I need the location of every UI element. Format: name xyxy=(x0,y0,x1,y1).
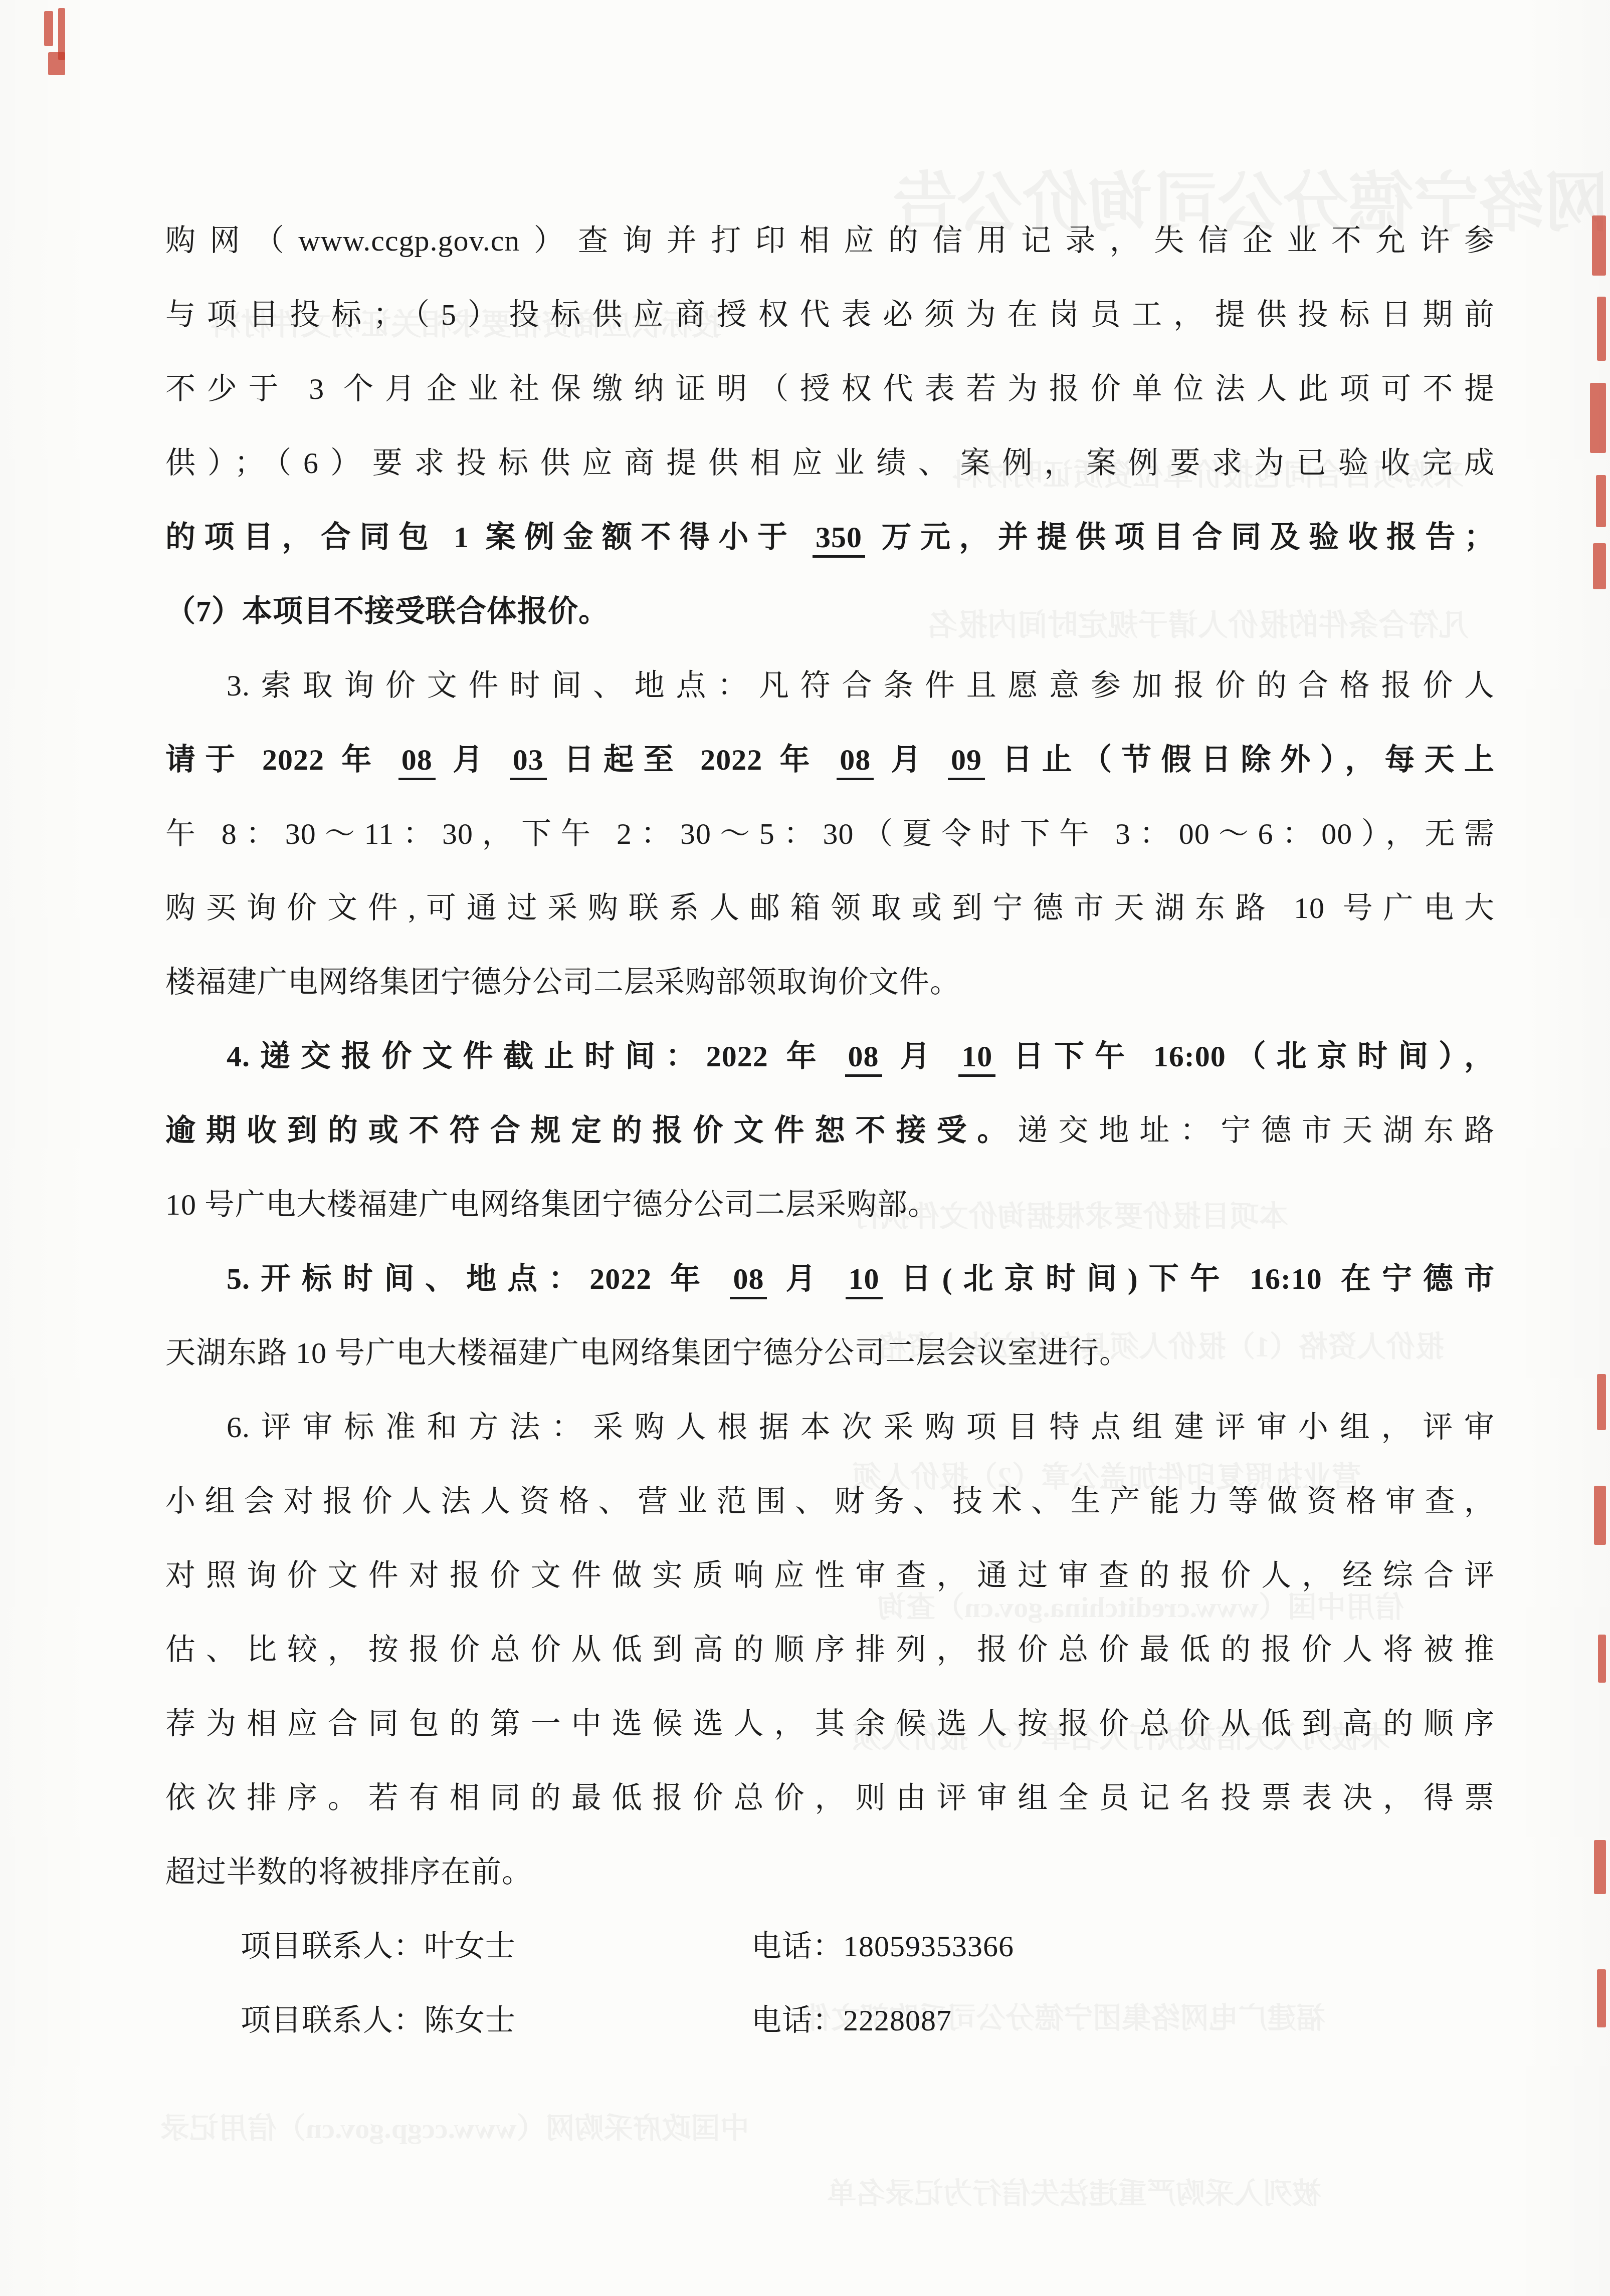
text-segment: 楼福建广电网络集团宁德分公司二层采购部领取询价文件。 xyxy=(165,966,960,999)
text-line: 楼福建广电网络集团宁德分公司二层采购部领取询价文件。 xyxy=(165,945,1495,1019)
text-line: 依次排序。若有相同的最低报价总价，则由评审组全员记名投票表决，得票 xyxy=(165,1761,1495,1835)
red-bleed-mark xyxy=(44,11,53,46)
red-bleed-mark xyxy=(1592,215,1606,276)
text-segment: 万元，并提供项目合同及验收报告； xyxy=(865,521,1495,554)
text-segment: 与项目投标；（5）投标供应商授权代表必须为在岗员工，提供投标日期前 xyxy=(165,298,1495,331)
text-segment: 逾期收到的或不符合规定的报价文件恕不接受。 xyxy=(165,1114,1018,1147)
text-line: 请于 2022 年 08 月 03 日起至 2022 年 08 月 09 日止（… xyxy=(165,723,1495,797)
text-line: 估、比较，按报价总价从低到高的顺序排列，报价总价最低的报价人将被推 xyxy=(165,1613,1495,1687)
contact-phone: 电话：2228087 xyxy=(751,2004,952,2037)
text-line: 3.索取询价文件时间、地点：凡符合条件且愿意参加报价的合格报价人 xyxy=(165,648,1495,723)
text-segment: （7）本项目不接受联合体报价。 xyxy=(165,595,609,628)
text-line: 超过半数的将被排序在前。 xyxy=(165,1835,1495,1909)
text-line: 供）；（6）要求投标供应商提供相应业绩、案例，案例要求为已验收完成 xyxy=(165,426,1495,500)
text-segment: 4.递交报价文件截止时间：2022 年 xyxy=(227,1040,845,1073)
text-segment: 月 xyxy=(882,1040,959,1073)
text-line: 午 8：30～11：30，下午 2：30～5：30（夏令时下午 3：00～6：0… xyxy=(165,797,1495,871)
underlined-value: 10 xyxy=(846,1262,883,1299)
text-line: 天湖东路 10 号广电大楼福建广电网络集团宁德分公司二层会议室进行。 xyxy=(165,1316,1495,1390)
text-segment: 月 xyxy=(767,1262,845,1295)
text-line: 10 号广电大楼福建广电网络集团宁德分公司二层采购部。 xyxy=(165,1168,1495,1242)
text-segment: 月 xyxy=(436,743,510,776)
text-segment: 日止（节假日除外），每天上 xyxy=(985,743,1495,776)
text-line: （7）本项目不接受联合体报价。 xyxy=(165,574,1495,648)
text-line: 不少于 3 个月企业社保缴纳证明（授权代表若为报价单位法人此项可不提 xyxy=(165,352,1495,426)
text-line: 5.开标时间、地点：2022 年 08 月 10 日(北京时间)下午 16:10… xyxy=(165,1242,1495,1316)
text-segment: 估、比较，按报价总价从低到高的顺序排列，报价总价最低的报价人将被推 xyxy=(165,1633,1495,1666)
underlined-value: 08 xyxy=(845,1040,882,1077)
red-bleed-mark xyxy=(1597,1969,1606,2027)
text-line: 与项目投标；（5）投标供应商授权代表必须为在岗员工，提供投标日期前 xyxy=(165,278,1495,352)
text-segment: 10 号广电大楼福建广电网络集团宁德分公司二层采购部。 xyxy=(165,1188,938,1221)
red-bleed-mark xyxy=(48,52,65,75)
text-segment: 购网（www.ccgp.gov.cn）查询并打印相应的信用记录，失信企业不允许参 xyxy=(165,224,1495,257)
underlined-value: 10 xyxy=(958,1040,995,1077)
contact-line: 项目联系人：叶女士电话：18059353366 xyxy=(165,1909,1495,1983)
text-line: 6.评审标准和方法：采购人根据本次采购项目特点组建评审小组，评审 xyxy=(165,1390,1495,1464)
text-segment: 荐为相应合同包的第一中选候选人，其余候选人按报价总价从低到高的顺序 xyxy=(165,1707,1495,1740)
text-segment: 6.评审标准和方法：采购人根据本次采购项目特点组建评审小组，评审 xyxy=(227,1411,1495,1444)
text-line: 荐为相应合同包的第一中选候选人，其余候选人按报价总价从低到高的顺序 xyxy=(165,1687,1495,1761)
red-bleed-mark xyxy=(1590,383,1606,453)
document-content: 购网（www.ccgp.gov.cn）查询并打印相应的信用记录，失信企业不允许参… xyxy=(165,203,1495,2057)
text-segment: 请于 2022 年 xyxy=(165,743,398,776)
underlined-value: 08 xyxy=(837,743,874,780)
text-segment: 购买询价文件,可通过采购联系人邮箱领取或到宁德市天湖东路 10 号广电大 xyxy=(165,891,1495,925)
text-segment: 递交地址：宁德市天湖东路 xyxy=(1018,1114,1495,1147)
text-segment: 天湖东路 10 号广电大楼福建广电网络集团宁德分公司二层会议室进行。 xyxy=(165,1336,1130,1369)
text-segment: 午 8：30～11：30，下午 2：30～5：30（夏令时下午 3：00～6：0… xyxy=(165,817,1495,850)
text-segment: 供）；（6）要求投标供应商提供相应业绩、案例，案例要求为已验收完成 xyxy=(165,446,1495,480)
red-bleed-mark xyxy=(1594,1486,1606,1545)
underlined-value: 03 xyxy=(510,743,547,780)
text-segment: 3.索取询价文件时间、地点：凡符合条件且愿意参加报价的合格报价人 xyxy=(227,669,1495,702)
text-segment: 日起至 2022 年 xyxy=(547,743,837,776)
text-line: 小组会对报价人法人资格、营业范围、财务、技术、生产能力等做资格审查， xyxy=(165,1464,1495,1538)
contact-phone: 电话：18059353366 xyxy=(751,1930,1014,1963)
red-bleed-mark xyxy=(1597,297,1606,361)
text-line: 购买询价文件,可通过采购联系人邮箱领取或到宁德市天湖东路 10 号广电大 xyxy=(165,871,1495,945)
text-segment: 日(北京时间)下午 16:10 在宁德市 xyxy=(883,1262,1495,1295)
red-bleed-mark xyxy=(1596,475,1606,527)
text-line: 逾期收到的或不符合规定的报价文件恕不接受。递交地址：宁德市天湖东路 xyxy=(165,1093,1495,1168)
underlined-value: 08 xyxy=(730,1262,767,1299)
text-line: 的项目，合同包 1 案例金额不得小于 350 万元，并提供项目合同及验收报告； xyxy=(165,500,1495,574)
contact-person: 项目联系人：陈女士 xyxy=(165,2004,516,2037)
text-segment: 日下午 16:00（北京时间）， xyxy=(995,1040,1495,1073)
text-line: 对照询价文件对报价文件做实质响应性审查，通过审查的报价人，经综合评 xyxy=(165,1538,1495,1613)
scanned-page: 福建广电网络宁德分公司询价公告投标供应商资格要求相关证明文件材料采购项目合同包报… xyxy=(0,0,1610,2296)
underlined-value: 09 xyxy=(948,743,985,780)
underlined-value: 350 xyxy=(813,521,865,558)
text-segment: 超过半数的将被排序在前。 xyxy=(165,1856,532,1889)
text-segment: 对照询价文件对报价文件做实质响应性审查，通过审查的报价人，经综合评 xyxy=(165,1559,1495,1592)
red-bleed-mark xyxy=(58,8,65,60)
text-segment: 月 xyxy=(874,743,948,776)
text-segment: 5.开标时间、地点：2022 年 xyxy=(227,1262,730,1295)
text-segment: 不少于 3 个月企业社保缴纳证明（授权代表若为报价单位法人此项可不提 xyxy=(165,372,1495,405)
ghost-bleed-text: 中国政府采购网（www.ccgp.gov.cn）信用记录 xyxy=(160,2105,749,2147)
text-segment: 依次排序。若有相同的最低报价总价，则由评审组全员记名投票表决，得票 xyxy=(165,1781,1495,1814)
text-line: 4.递交报价文件截止时间：2022 年 08 月 10 日下午 16:00（北京… xyxy=(165,1019,1495,1093)
text-segment: 的项目，合同包 1 案例金额不得小于 xyxy=(165,521,813,554)
ghost-bleed-text: 被列入采购严重违法失信行为记录名单 xyxy=(827,2170,1321,2212)
red-bleed-mark xyxy=(1597,1374,1606,1430)
text-line: 购网（www.ccgp.gov.cn）查询并打印相应的信用记录，失信企业不允许参 xyxy=(165,203,1495,278)
underlined-value: 08 xyxy=(398,743,436,780)
contact-person: 项目联系人：叶女士 xyxy=(165,1930,516,1963)
contact-line: 项目联系人：陈女士电话：2228087 xyxy=(165,1983,1495,2057)
red-bleed-mark xyxy=(1598,1635,1606,1683)
red-bleed-mark xyxy=(1594,1840,1606,1894)
text-segment: 小组会对报价人法人资格、营业范围、财务、技术、生产能力等做资格审查， xyxy=(165,1485,1495,1518)
red-bleed-mark xyxy=(1593,543,1606,589)
